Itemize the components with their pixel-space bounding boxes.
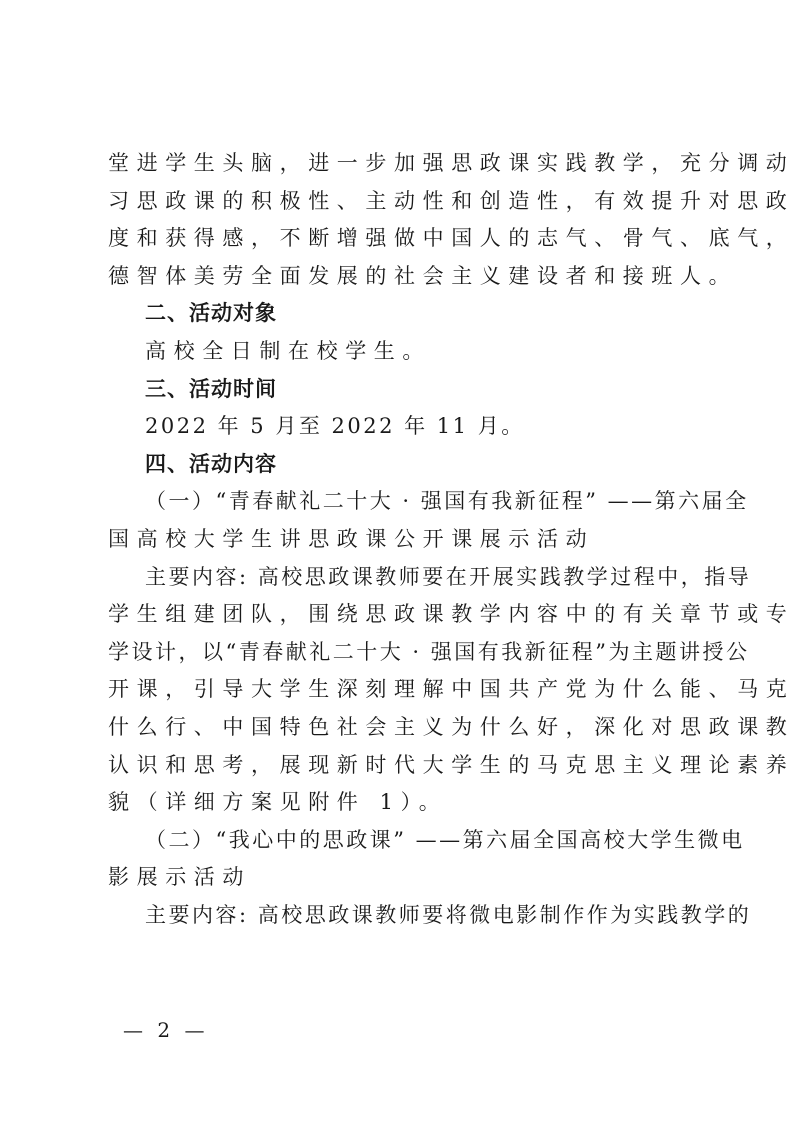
section-heading-target: 二、活动对象 [108, 295, 692, 333]
subsection-heading-2: （二）“我心中的思政课” ——第六届全国高校大学生微电 [108, 822, 692, 860]
body-line: 什么行、中国特色社会主义为什么好，深化对思政课教学内容的 [108, 709, 692, 747]
body-line: 学生组建团队，围绕思政课教学内容中的有关章节或专题进行教 [108, 596, 692, 634]
body-line: 国高校大学生讲思政课公开课展示活动 [108, 521, 692, 559]
body-line: 主要内容: 高校思政课教师要在开展实践教学过程中，指导 [108, 559, 692, 597]
body-line: 学设计，以“青春献礼二十大 · 强国有我新征程”为主题讲授公 [108, 634, 692, 672]
document-page: 堂进学生头脑，进一步加强思政课实践教学，充分调动大学生学 习思政课的积极性、主动… [108, 145, 692, 934]
body-line: 主要内容: 高校思政课教师要将微电影制作作为实践教学的 [108, 897, 692, 935]
subsection-heading-1: （一）“青春献礼二十大 · 强国有我新征程” ——第六届全 [108, 483, 692, 521]
body-line: 习思政课的积极性、主动性和创造性，有效提升对思政课的参与 [108, 183, 692, 221]
body-line: 度和获得感，不断增强做中国人的志气、骨气、底气，着力培养 [108, 220, 692, 258]
body-line: 高校全日制在校学生。 [108, 333, 692, 371]
body-line: 开课，引导大学生深刻理解中国共产党为什么能、马克思主义为 [108, 671, 692, 709]
body-line: 貌（详细方案见附件 1）。 [108, 784, 692, 822]
body-line: 认识和思考，展现新时代大学生的马克思主义理论素养和精神风 [108, 747, 692, 785]
body-line: 影展示活动 [108, 859, 692, 897]
body-line: 德智体美劳全面发展的社会主义建设者和接班人。 [108, 258, 692, 296]
section-heading-content: 四、活动内容 [108, 446, 692, 484]
section-heading-time: 三、活动时间 [108, 371, 692, 409]
body-line: 堂进学生头脑，进一步加强思政课实践教学，充分调动大学生学 [108, 145, 692, 183]
page-number: — 2 — [123, 1018, 208, 1042]
body-line-dates: 2022 年 5 月至 2022 年 11 月。 [108, 408, 692, 446]
